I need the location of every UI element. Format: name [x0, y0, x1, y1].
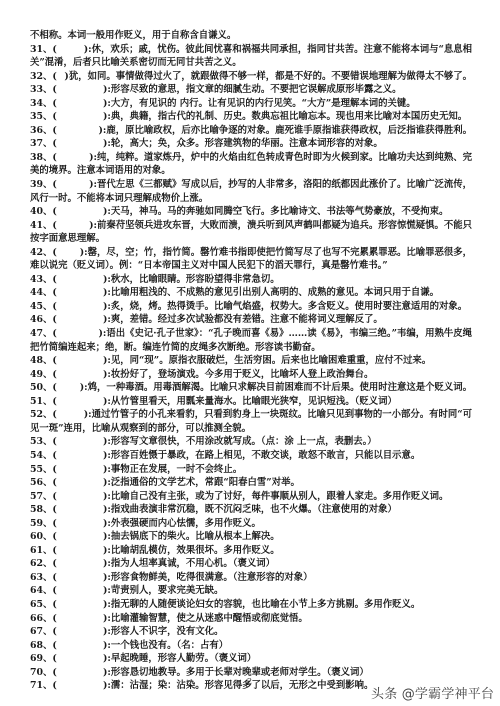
answer-blank[interactable]: [47, 490, 103, 504]
item-number: 58、(: [30, 503, 47, 517]
item-number: 41、(: [30, 219, 47, 233]
item-separator: ):: [98, 124, 106, 138]
list-item: 42、( ):罄，尽，空；竹，指竹简。罄竹难书指即使把竹简写尽了也写不完累累罪恶…: [30, 246, 472, 260]
answer-blank[interactable]: [47, 137, 103, 151]
list-item: 48、( ):见，同“现”。原指衣服破烂，生活穷困。后来也比喻困难重重，应付不过…: [30, 354, 472, 368]
list-item: 32、( )犹，如同。事情做得过火了，就跟做得不够一样，都是不好的。不要错误地理…: [30, 70, 472, 84]
answer-blank[interactable]: [47, 43, 84, 57]
item-definition: 爽，差错。经过多次试验都没有差错。注意不能将词义理解反了。: [111, 313, 383, 327]
answer-blank[interactable]: [47, 219, 89, 233]
item-separator: ):: [103, 571, 111, 585]
item-definition-continued: 风行一时。不能将本词只理解成物价上涨。: [30, 192, 208, 206]
item-separator: ):: [103, 137, 111, 151]
answer-blank[interactable]: [47, 354, 103, 368]
item-separator: ):: [103, 395, 111, 409]
list-item: 68、( ):一个钱也没有。（名：占有）: [30, 639, 472, 653]
answer-blank[interactable]: [47, 408, 84, 422]
item-number: 48、(: [30, 354, 47, 368]
item-number: 46、(: [30, 313, 47, 327]
item-separator: ):: [89, 151, 97, 165]
answer-blank[interactable]: [47, 463, 103, 477]
item-separator: ):: [103, 503, 111, 517]
item-definition: 大方，有见识的 内行。让有见识的内行见笑。“大方”是理解本词的关键。: [111, 97, 416, 111]
item-definition: 晋代左思《三都赋》写成以后，抄写的人非常多，洛阳的纸都因此涨价了。比喻广泛流传，: [97, 178, 472, 192]
answer-blank[interactable]: [47, 679, 103, 693]
item-number: 69、(: [30, 652, 47, 666]
list-item: 51、( ):从竹管里看天，用瓢来量海水。比喻眼光狭窄，见识短浅。（贬义词）: [30, 395, 472, 409]
item-number: 64、(: [30, 584, 47, 598]
list-item: 56、( ):泛指通俗的文学艺术，常跟“阳春白雪”对举。: [30, 476, 472, 490]
item-definition: 苛责别人，要求完美无缺。: [111, 584, 224, 598]
list-item-continuation: 把竹简编连起来；绝，断。编连竹简的皮绳多次断绝。形容读书勤奋。: [30, 341, 472, 355]
item-number: 49、(: [30, 368, 47, 382]
list-item-continuation: 关”混淆，后者只比喻关系密切而无同甘共苦之义。: [30, 56, 472, 70]
item-definition: 一个钱也没有。（名：占有）: [111, 639, 228, 653]
item-definition-continued: 美的境界。注意本词语用的对象。: [30, 164, 171, 178]
list-item: 41、( ):前秦苻坚领兵进攻东晋，大败而溃，溃兵听到风声鹤叫都疑为追兵。形容惊…: [30, 219, 472, 233]
item-number: 62、(: [30, 557, 47, 571]
item-separator: ):: [103, 476, 111, 490]
list-item-continuation: 见一斑”连用，比喻从观察到的部分，可以推测全貌。: [30, 422, 472, 436]
item-definition: 早起晚睡，形容人勤劳。（褒义词）: [111, 652, 256, 666]
answer-blank[interactable]: [47, 517, 103, 531]
item-definition: 从竹管里看天，用瓢来量海水。比喻眼光狭窄，见识短浅。（贬义词）: [111, 395, 397, 409]
list-item: 61、( ):比喻胡乱模仿，效果很坏。多用作贬义。: [30, 544, 472, 558]
answer-blank[interactable]: [47, 395, 103, 409]
item-definition: 濡：沾湿；染：沾染。形容见得多了以后，无形之中受到影响。: [111, 679, 374, 693]
item-definition: 前秦苻坚领兵进攻东晋，大败而溃，溃兵听到风声鹤叫都疑为追兵。形容惊慌疑惧。不能只: [97, 219, 472, 233]
answer-blank[interactable]: [47, 639, 103, 653]
item-number: 70、(: [30, 666, 47, 680]
item-number: 47、(: [30, 327, 47, 341]
item-definition: 妆扮好了，登场演戏。今多用于贬义，比喻坏人登上政治舞台。: [111, 368, 374, 382]
answer-blank[interactable]: [47, 598, 103, 612]
answer-blank[interactable]: [47, 625, 103, 639]
item-number: 57、(: [30, 490, 47, 504]
leading-text: 不相称。本词一般用作贬义，用于自称含自谦义。: [30, 29, 472, 43]
list-item: 36、( ):鹿，原比喻政权，后亦比喻争逐的对象。鹿死谁手原指谁获得政权，后泛指…: [30, 124, 472, 138]
list-item: 54、( ):形容百姓慑于暴政，在路上相见，不敢交谈，敢怒不敢言，只能以目示意。: [30, 449, 472, 463]
item-number: 71、(: [30, 679, 47, 693]
list-item-continuation: 美的境界。注意本词语用的对象。: [30, 164, 472, 178]
answer-blank[interactable]: [47, 544, 103, 558]
list-item-continuation: 风行一时。不能将本词只理解成物价上涨。: [30, 192, 472, 206]
list-item: 57、( ):比喻自己没有主张，或为了讨好，每件事顺从别人，跟着人家走。多用作贬…: [30, 490, 472, 504]
list-item: 55、( ):事物正在发展，一时不会终止。: [30, 463, 472, 477]
list-item: 40、( ):天马，神马。马的奔驰如同腾空飞行。多比喻诗文、书法等气势豪放，不受…: [30, 205, 472, 219]
item-definition: 抽去锅底下的柴火。比喻从根本上解决。: [111, 530, 280, 544]
list-item: 49、( ):妆扮好了，登场演戏。今多用于贬义，比喻坏人登上政治舞台。: [30, 368, 472, 382]
item-number: 40、(: [30, 205, 47, 219]
item-number: 38、(: [30, 151, 47, 165]
item-number: 52、(: [30, 408, 47, 422]
list-item: 45、( ):炙，烧，烤。热得烫手。比喻气焰盛，权势大。多含贬义。使用时要注意适…: [30, 300, 472, 314]
item-separator: ):: [80, 381, 88, 395]
list-item: 65、( ):指无聊的人随便谈论妇女的容貌，也比喻在小节上多方挑剔。多用作贬义。: [30, 598, 472, 612]
item-number: 63、(: [30, 571, 47, 585]
answer-blank[interactable]: [47, 449, 103, 463]
page-number: 2: [247, 677, 252, 686]
item-separator: ):: [103, 449, 111, 463]
item-separator: ):: [103, 490, 111, 504]
item-definition: 轮，高大；奂，众多。形容建筑物的华丽。注意本词形容的对象。: [111, 137, 383, 151]
item-number: 37、(: [30, 137, 47, 151]
answer-blank[interactable]: [47, 476, 103, 490]
answer-blank[interactable]: [47, 584, 103, 598]
item-number: 53、(: [30, 435, 47, 449]
answer-blank[interactable]: [47, 83, 103, 97]
list-item-continuation: 按字面意思理解。: [30, 232, 472, 246]
item-separator: ):: [103, 530, 111, 544]
item-number: 44、(: [30, 286, 47, 300]
list-item: 43、( ):秋水，比喻眼睛。形容盼望得非常急切。: [30, 273, 472, 287]
item-definition: 休，欢乐；戚，忧伤。彼此间忧喜和祸福共同承担，指同甘共苦。注意不能将本词与“息息…: [92, 43, 472, 57]
item-number: 66、(: [30, 612, 47, 626]
item-number: 54、(: [30, 449, 47, 463]
item-number: 35、(: [30, 110, 47, 124]
item-number: 36、(: [30, 124, 47, 138]
item-separator: ):: [89, 219, 97, 233]
item-separator: ):: [103, 544, 111, 558]
list-item: 66、( ):比喻灌输智慧，使之从迷惑中醒悟或彻底觉悟。: [30, 612, 472, 626]
item-separator: ):: [103, 286, 111, 300]
item-separator: ):: [103, 639, 111, 653]
item-number: 39、(: [30, 178, 47, 192]
answer-blank[interactable]: [47, 70, 64, 84]
item-definition: 纯，纯粹。道家炼丹，炉中的火焰由红色转成青色时即为火候到家。比喻功夫达到纯熟、完: [97, 151, 472, 165]
item-definition: 鸩，一种毒酒。用毒酒解渴。比喻只求解决目前困难而不计后果。使用时注意这是个贬义词…: [88, 381, 472, 395]
watermark: 头条 @学霸学神平台: [371, 683, 494, 702]
item-definition-continued: 按字面意思理解。: [30, 232, 105, 246]
answer-blank[interactable]: [47, 530, 103, 544]
answer-blank[interactable]: [47, 327, 99, 341]
answer-blank[interactable]: [47, 612, 103, 626]
item-definition: 比喻自己没有主张，或为了讨好，每件事顺从别人，跟着人家走。多用作贬义词。: [111, 490, 449, 504]
item-number: 59、(: [30, 517, 47, 531]
item-definition: 形容尽致的意思，指文章的细腻生动。不要把它误解成原形毕露之义。: [111, 83, 402, 97]
item-separator: ):: [103, 652, 111, 666]
item-separator: ):: [84, 408, 92, 422]
answer-blank[interactable]: [47, 178, 89, 192]
answer-blank[interactable]: [47, 652, 103, 666]
item-definition: 比喻用粗浅的、不成熟的意见引出别人高明的、成熟的意见。本词只用于自谦。: [111, 286, 439, 300]
item-number: 51、(: [30, 395, 47, 409]
item-number: 45、(: [30, 300, 47, 314]
item-separator: ):: [103, 584, 111, 598]
item-separator: ):: [103, 83, 111, 97]
item-definition: 形容人不识字，没有文化。: [111, 625, 224, 639]
item-separator: ):: [99, 327, 107, 341]
answer-blank[interactable]: [47, 503, 103, 517]
item-definition: 炙，烧，烤。热得烫手。比喻气焰盛，权势大。多含贬义。使用时要注意适用的对象。: [111, 300, 467, 314]
list-item: 46、( ):爽，差错。经过多次试验都没有差错。注意不能将词义理解反了。: [30, 313, 472, 327]
item-number: 56、(: [30, 476, 47, 490]
list-item: 50、( ):鸩，一种毒酒。用毒酒解渴。比喻只求解决目前困难而不计后果。使用时注…: [30, 381, 472, 395]
item-definition-continued: 难以说完（贬义词）。例：“日本帝国主义对中国人民犯下的滔天罪行，真是罄竹难书。”: [30, 259, 388, 273]
item-definition-continued: 把竹简编连起来；绝，断。编连竹简的皮绳多次断绝。形容读书勤奋。: [30, 341, 321, 355]
item-definition-continued: 见一斑”连用，比喻从观察到的部分，可以推测全貌。: [30, 422, 251, 436]
item-number: 65、(: [30, 598, 47, 612]
item-definition: 形容食物鲜美，吃得很满意。（注意形容的对象）: [111, 571, 313, 585]
list-item: 44、( ):比喻用粗浅的、不成熟的意见引出别人高明的、成熟的意见。本词只用于自…: [30, 286, 472, 300]
item-separator: ):: [84, 43, 92, 57]
answer-blank[interactable]: [47, 273, 103, 287]
item-separator: ):: [103, 273, 111, 287]
item-number: 67、(: [30, 625, 47, 639]
item-number: 33、(: [30, 83, 47, 97]
item-definition: 见，同“现”。原指衣服破烂，生活穷困。后来也比喻困难重重，应付不过来。: [111, 354, 431, 368]
item-separator: ):: [103, 679, 111, 693]
answer-blank[interactable]: [47, 300, 103, 314]
list-item: 39、( ):晋代左思《三都赋》写成以后，抄写的人非常多，洛阳的纸都因此涨价了。…: [30, 178, 472, 192]
item-separator: ):: [80, 246, 88, 260]
item-separator: ):: [103, 625, 111, 639]
list-item: 31、( ):休，欢乐；戚，忧伤。彼此间忧喜和祸福共同承担，指同甘共苦。注意不能…: [30, 43, 472, 57]
item-separator: ):: [103, 205, 111, 219]
list-item: 35、( ):典，典籍，指古代的礼制、历史。数典忘祖比喻忘本。现也用来比喻对本国…: [30, 110, 472, 124]
answer-blank[interactable]: [47, 97, 103, 111]
item-definition: 比喻灌输智慧，使之从迷惑中醒悟或彻底觉悟。: [111, 612, 308, 626]
answer-blank[interactable]: [47, 381, 80, 395]
item-separator: ):: [103, 517, 111, 531]
item-definition: 事物正在发展，一时不会终止。: [111, 463, 242, 477]
list-item: 38、( ):纯，纯粹。道家炼丹，炉中的火焰由红色转成青色时即为火候到家。比喻功…: [30, 151, 472, 165]
list-item: 69、( ):早起晚睡，形容人勤劳。（褒义词）: [30, 652, 472, 666]
item-number: 32、(: [30, 70, 47, 84]
answer-blank[interactable]: [47, 666, 103, 680]
item-number: 55、(: [30, 463, 47, 477]
item-separator: ):: [103, 598, 111, 612]
list-item: 62、( ):指为人坦率真诚，不用心机。（褒义词）: [30, 557, 472, 571]
item-definition: 典，典籍，指古代的礼制、历史。数典忘祖比喻忘本。现也用来比喻对本国历史无知。: [111, 110, 467, 124]
item-number: 42、(: [30, 246, 47, 260]
item-definition: 犹，如同。事情做得过火了，就跟做得不够一样，都是不好的。不要错误地理解为做得太不…: [69, 70, 472, 84]
list-item: 37、( ):轮，高大；奂，众多。形容建筑物的华丽。注意本词形容的对象。: [30, 137, 472, 151]
list-item: 60、( ):抽去锅底下的柴火。比喻从根本上解决。: [30, 530, 472, 544]
answer-blank[interactable]: [47, 124, 98, 138]
answer-blank[interactable]: [47, 110, 103, 124]
item-separator: ):: [103, 368, 111, 382]
list-item: 47、( ):语出《史记·孔子世家》：“孔子晚而喜《易》……读《易》，韦编三绝。…: [30, 327, 472, 341]
item-definition: 形容恳切地教导。多用于长辈对晚辈或老师对学生。（褒义词）: [111, 666, 369, 680]
item-separator: ):: [103, 612, 111, 626]
list-item: 63、( ):形容食物鲜美，吃得很满意。（注意形容的对象）: [30, 571, 472, 585]
answer-blank[interactable]: [47, 557, 103, 571]
item-definition: 指戏曲表演非常沉稳，既不沉闷乏味，也不火爆。（注意使用的对象）: [111, 503, 397, 517]
item-definition: 通过竹管子的小孔来看豹，只看到豹身上一块斑纹。比喻只见到事物的一小部分。有时同“…: [92, 408, 472, 422]
list-item: 67、( ):形容人不识字，没有文化。: [30, 625, 472, 639]
item-separator: ):: [103, 110, 111, 124]
vocabulary-list: 31、( ):休，欢乐；戚，忧伤。彼此间忧喜和祸福共同承担，指同甘共苦。注意不能…: [30, 43, 472, 693]
item-definition: 语出《史记·孔子世家》：“孔子晚而喜《易》……读《易》，韦编三绝。”韦编，用熟牛…: [106, 327, 472, 341]
item-number: 68、(: [30, 639, 47, 653]
list-item: 58、( ):指戏曲表演非常沉稳，既不沉闷乏味，也不火爆。（注意使用的对象）: [30, 503, 472, 517]
item-definition: 秋水，比喻眼睛。形容盼望得非常急切。: [111, 273, 280, 287]
item-separator: ):: [103, 557, 111, 571]
answer-blank[interactable]: [47, 205, 103, 219]
answer-blank[interactable]: [47, 313, 103, 327]
list-item: 53、( ):形容写文章很快，不用涂改就写成。（点：涂 上一点，表删去。）: [30, 435, 472, 449]
item-definition: 形容写文章很快，不用涂改就写成。（点：涂 上一点，表删去。）: [111, 435, 377, 449]
item-separator: ):: [103, 300, 111, 314]
item-definition: 泛指通俗的文学艺术，常跟“阳春白雪”对举。: [111, 476, 300, 490]
item-separator: ):: [103, 313, 111, 327]
answer-blank[interactable]: [47, 368, 103, 382]
item-separator: ):: [103, 463, 111, 477]
item-definition: 比喻胡乱模仿，效果很坏。多用作贬义。: [111, 544, 280, 558]
item-definition: 指无聊的人随便谈论妇女的容貌，也比喻在小节上多方挑剔。多用作贬义。: [111, 598, 420, 612]
item-definition: 形容百姓慑于暴政，在路上相见，不敢交谈，敢怒不敢言，只能以目示意。: [111, 449, 420, 463]
item-number: 61、(: [30, 544, 47, 558]
list-item: 64、( ):苛责别人，要求完美无缺。: [30, 584, 472, 598]
list-item: 52、( ):通过竹管子的小孔来看豹，只看到豹身上一块斑纹。比喻只见到事物的一小…: [30, 408, 472, 422]
answer-blank[interactable]: [47, 286, 103, 300]
answer-blank[interactable]: [47, 571, 103, 585]
item-separator: ):: [103, 435, 111, 449]
item-number: 50、(: [30, 381, 47, 395]
answer-blank[interactable]: [47, 151, 89, 165]
item-number: 43、(: [30, 273, 47, 287]
answer-blank[interactable]: [47, 246, 80, 260]
item-separator: ):: [103, 354, 111, 368]
list-item: 34、( ):大方，有见识的 内行。让有见识的内行见笑。“大方”是理解本词的关键…: [30, 97, 472, 111]
list-item: 59、( ):外表强硬而内心怯懦，多用作贬义。: [30, 517, 472, 531]
item-definition: 鹿，原比喻政权，后亦比喻争逐的对象。鹿死谁手原指谁获得政权，后泛指谁获得胜利。: [106, 124, 472, 138]
item-definition-continued: 关”混淆，后者只比喻关系密切而无同甘共苦之义。: [30, 56, 242, 70]
item-number: 60、(: [30, 530, 47, 544]
item-definition: 外表强硬而内心怯懦，多用作贬义。: [111, 517, 261, 531]
item-definition: 天马，神马。马的奔驰如同腾空飞行。多比喻诗文、书法等气势豪放，不受拘束。: [111, 205, 449, 219]
list-item-continuation: 难以说完（贬义词）。例：“日本帝国主义对中国人民犯下的滔天罪行，真是罄竹难书。”: [30, 259, 472, 273]
item-separator: ):: [103, 666, 111, 680]
item-separator: ):: [89, 178, 97, 192]
item-separator: ):: [103, 97, 111, 111]
item-definition: 指为人坦率真诚，不用心机。（褒义词）: [111, 557, 275, 571]
document-page: 不相称。本词一般用作贬义，用于自称含自谦义。 31、( ):休，欢乐；戚，忧伤。…: [30, 29, 472, 693]
item-number: 31、(: [30, 43, 47, 57]
list-item: 33、( ):形容尽致的意思，指文章的细腻生动。不要把它误解成原形毕露之义。: [30, 83, 472, 97]
item-number: 34、(: [30, 97, 47, 111]
item-definition: 罄，尽，空；竹，指竹简。罄竹难书指即使把竹简写尽了也写不完累累罪恶。比喻罪恶很多…: [88, 246, 472, 260]
answer-blank[interactable]: [47, 435, 103, 449]
